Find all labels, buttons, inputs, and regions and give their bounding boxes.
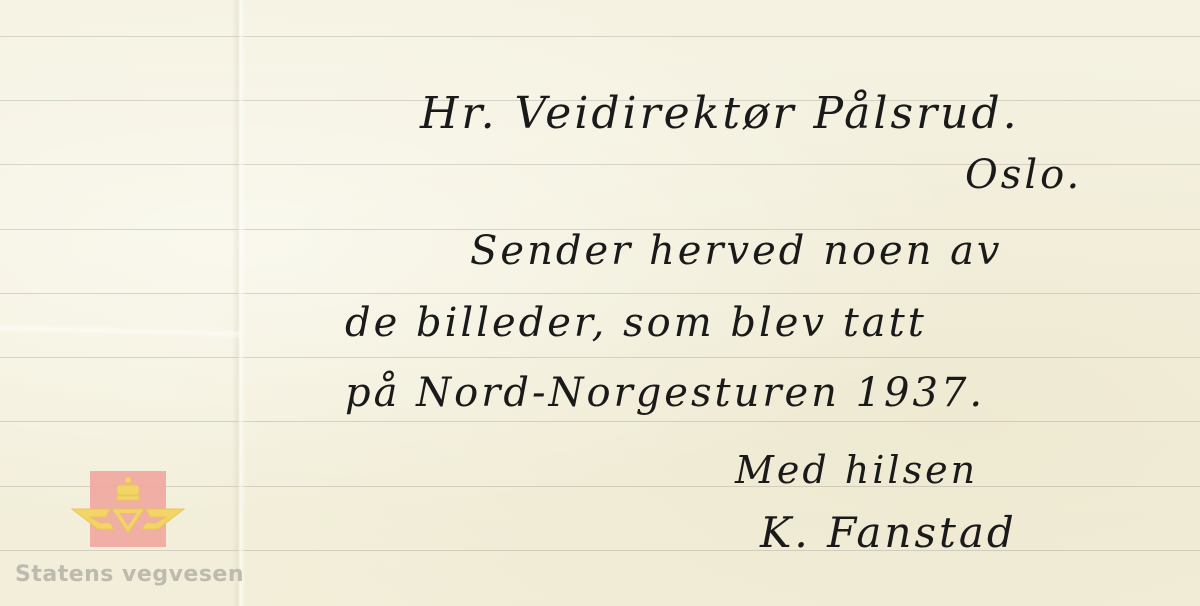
ruled-line <box>0 550 1200 551</box>
signature-line: K. Fanstad <box>760 508 1017 557</box>
body-line-3: på Nord-Norgesturen 1937. <box>345 370 985 416</box>
statens-vegvesen-logo <box>90 471 166 547</box>
ruled-line <box>0 36 1200 37</box>
ruled-line <box>0 421 1200 422</box>
closing-line: Med hilsen <box>735 448 978 492</box>
paper-fold-horizontal <box>0 323 240 339</box>
letter-paper: Hr. Veidirektør Pålsrud. Oslo. Sender he… <box>0 0 1200 606</box>
body-line-2: de billeder, som blev tatt <box>345 300 927 346</box>
salutation-line: Hr. Veidirektør Pålsrud. <box>420 88 1020 139</box>
ruled-line <box>0 357 1200 358</box>
body-line-1: Sender herved noen av <box>470 228 1003 274</box>
city-line: Oslo. <box>965 152 1082 198</box>
brand-name: Statens vegvesen <box>15 562 244 587</box>
ruled-line <box>0 293 1200 294</box>
crown-winged-triangle-logo-icon <box>70 471 186 547</box>
paper-fold-vertical <box>232 0 246 606</box>
